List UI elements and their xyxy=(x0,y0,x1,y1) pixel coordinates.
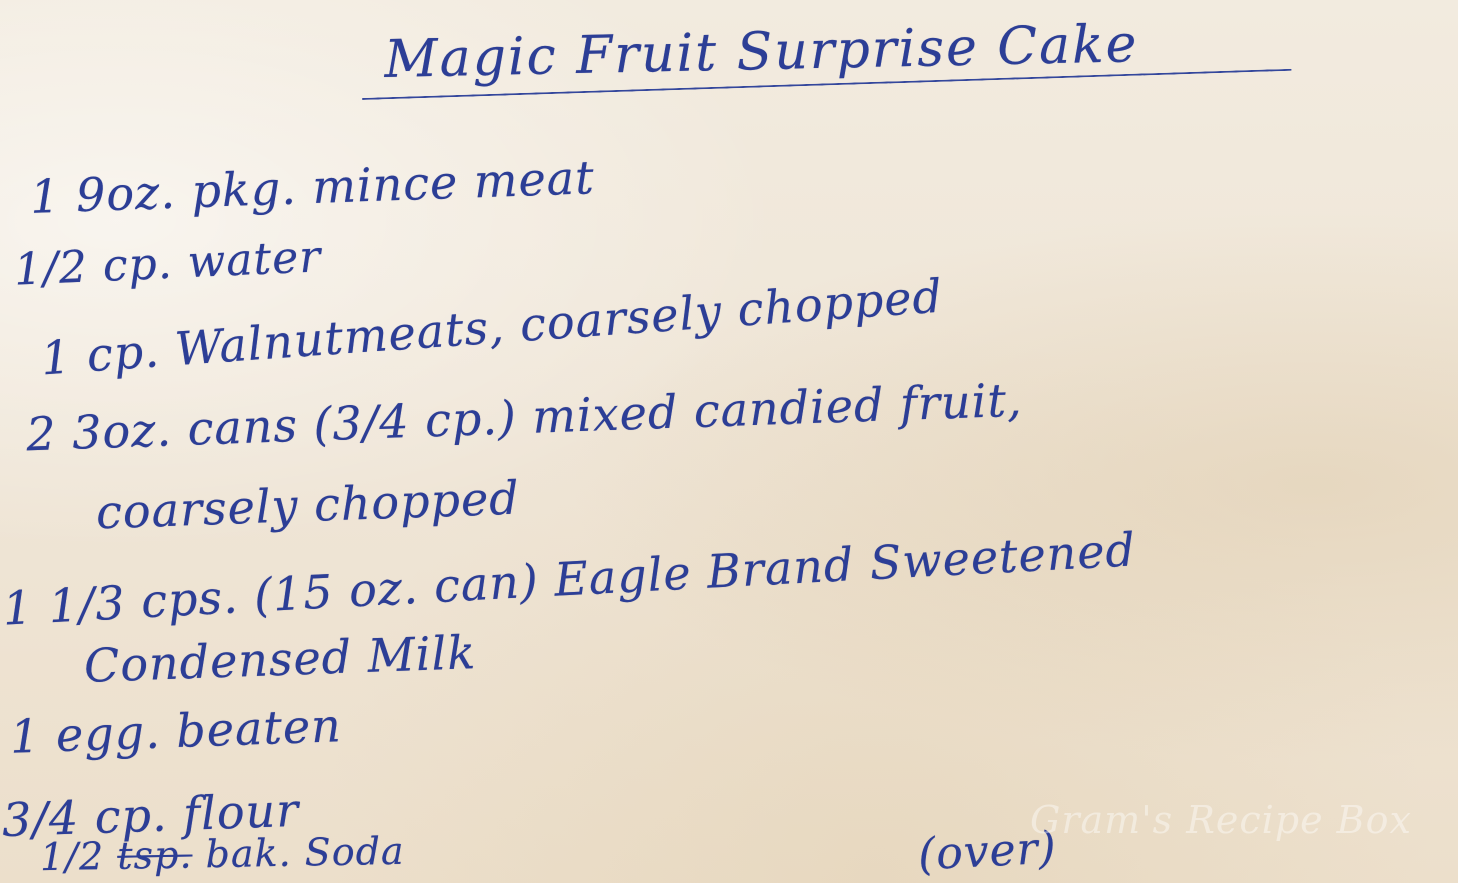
ingredient-line-continuation: Condensed Milk xyxy=(83,625,477,693)
watermark: Gram's Recipe Box xyxy=(1030,798,1412,842)
ingredient-line: 2 3oz. cans (3/4 cp.) mixed candied frui… xyxy=(25,373,1023,462)
ingredient-line: 1 1/3 cps. (15 oz. can) Eagle Brand Swee… xyxy=(1,522,1137,635)
ingredient-line: 1 9oz. pkg. mince meat xyxy=(29,150,595,224)
ingredient-line-continuation: coarsely chopped xyxy=(95,471,520,540)
ingredient-line: 1 egg. beaten xyxy=(9,698,342,764)
ingredient-line: 1/2 tsp. bak. Soda xyxy=(40,829,405,879)
amount: 1/2 xyxy=(40,834,105,879)
struck-out-unit: tsp. xyxy=(117,833,193,878)
ingredient-name: bak. Soda xyxy=(205,829,405,876)
recipe-card: Magic Fruit Surprise Cake 1 9oz. pkg. mi… xyxy=(0,0,1458,883)
ingredient-line: 1/2 cp. water xyxy=(13,231,322,295)
